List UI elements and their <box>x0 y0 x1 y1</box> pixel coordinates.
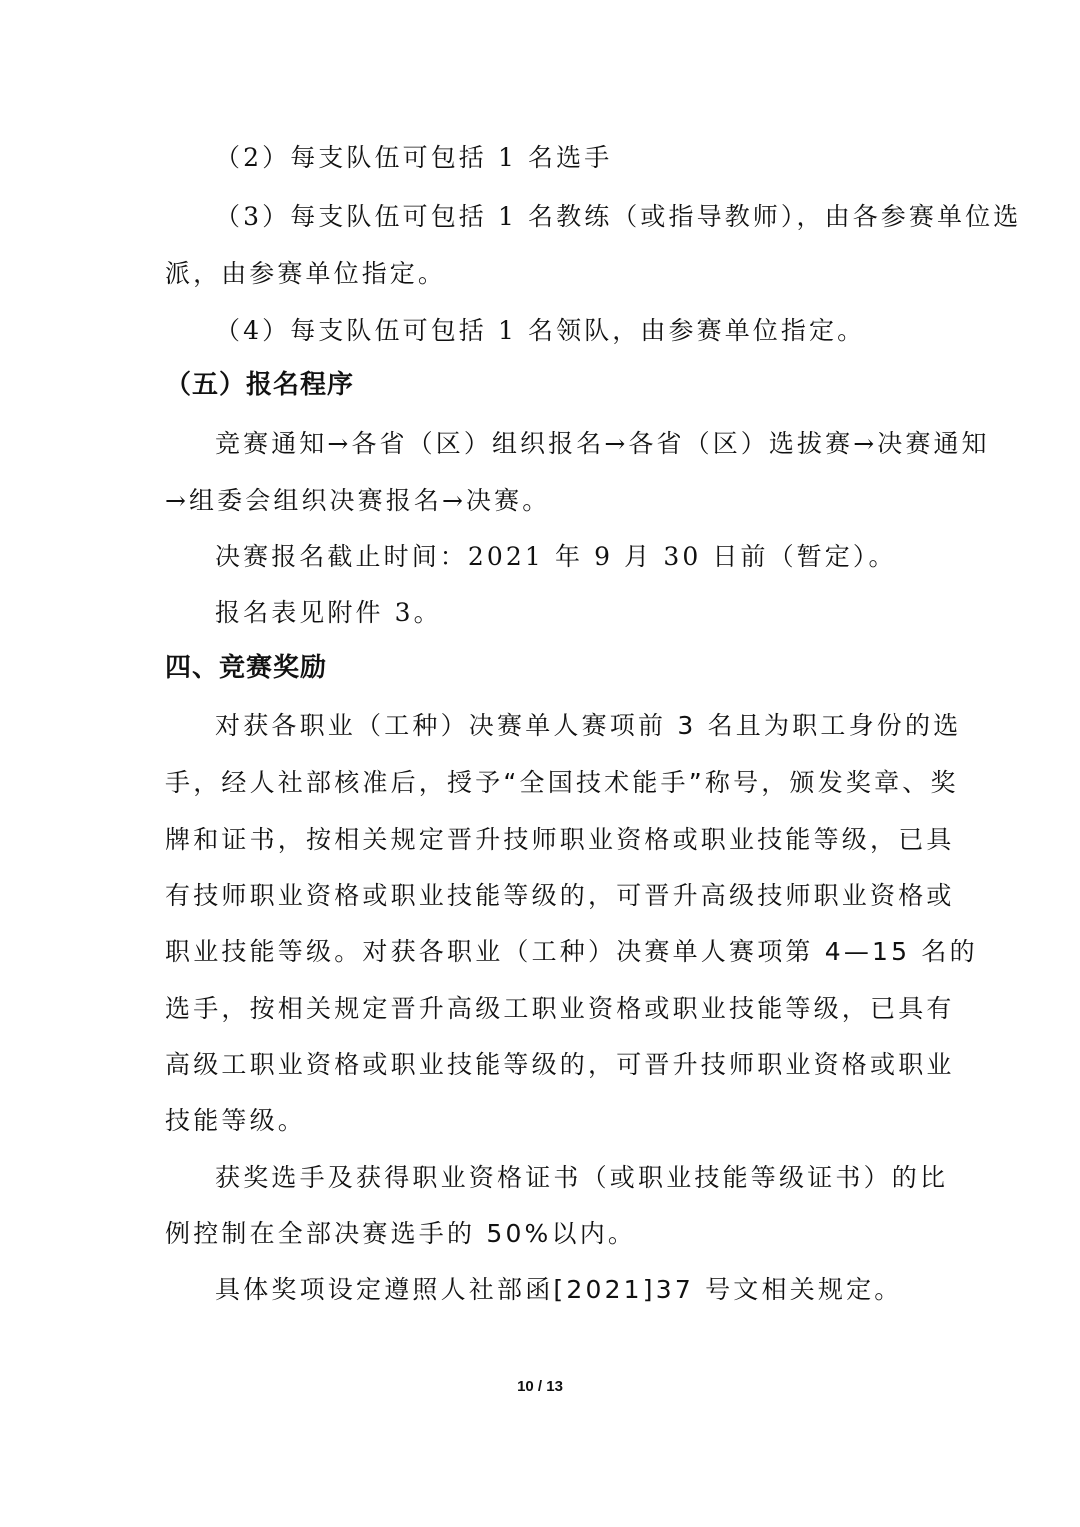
process-line-2: →组委会组织决赛报名→决赛。 <box>165 485 917 517</box>
list-item-4: （4）每支队伍可包括 1 名领队，由参赛单位指定。 <box>215 315 967 347</box>
awards-para2-line: 获奖选手及获得职业资格证书（或职业技能等级证书）的比 <box>215 1162 967 1194</box>
awards-para1-line: 手，经人社部核准后，授予“全国技术能手”称号，颁发奖章、奖 <box>165 767 917 799</box>
section-heading-awards: 四、竞赛奖励 <box>165 652 917 684</box>
document-page: （2）每支队伍可包括 1 名选手 （3）每支队伍可包括 1 名教练（或指导教师）… <box>0 0 1080 1527</box>
page-number: 10 / 13 <box>0 1378 1080 1395</box>
list-item-3-line2: 派，由参赛单位指定。 <box>165 258 917 290</box>
awards-para2-line: 例控制在全部决赛选手的 50%以内。 <box>165 1218 917 1250</box>
process-line-1: 竞赛通知→各省（区）组织报名→各省（区）选拔赛→决赛通知 <box>215 428 967 460</box>
list-item-3-line1: （3）每支队伍可包括 1 名教练（或指导教师），由各参赛单位选 <box>215 201 967 233</box>
awards-para1-line: 有技师职业资格或职业技能等级的，可晋升高级技师职业资格或 <box>165 880 917 912</box>
awards-para3: 具体奖项设定遵照人社部函[2021]37 号文相关规定。 <box>215 1274 967 1306</box>
list-item-2: （2）每支队伍可包括 1 名选手 <box>215 142 967 174</box>
awards-para1-line: 职业技能等级。对获各职业（工种）决赛单人赛项第 4—15 名的 <box>165 936 917 968</box>
deadline-text: 决赛报名截止时间：2021 年 9 月 30 日前（暂定）。 <box>215 541 967 573</box>
section-heading-registration: （五）报名程序 <box>165 369 917 401</box>
awards-para1-line: 对获各职业（工种）决赛单人赛项前 3 名且为职工身份的选 <box>215 710 967 742</box>
awards-para1-line: 高级工职业资格或职业技能等级的，可晋升技师职业资格或职业 <box>165 1049 917 1081</box>
attachment-text: 报名表见附件 3。 <box>215 597 967 629</box>
awards-para1-line: 技能等级。 <box>165 1105 917 1137</box>
awards-para1-line: 牌和证书，按相关规定晋升技师职业资格或职业技能等级，已具 <box>165 824 917 856</box>
awards-para1-line: 选手，按相关规定晋升高级工职业资格或职业技能等级，已具有 <box>165 993 917 1025</box>
